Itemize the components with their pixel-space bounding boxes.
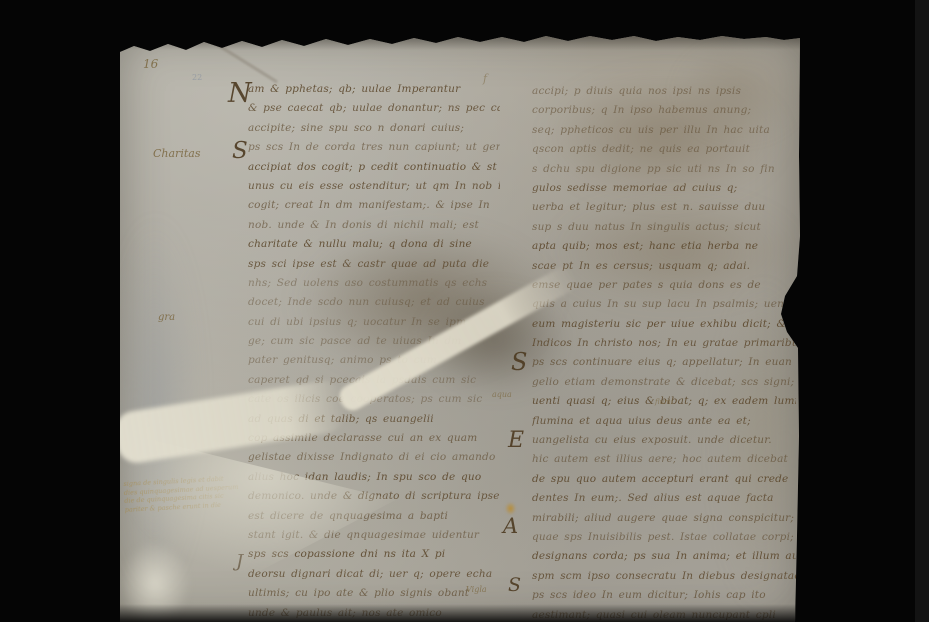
text-line: quae sps Inuisibilis pest. Istae collata…: [532, 528, 796, 547]
text-line: cogit; creat In dm manifestam;. & ipse I…: [248, 196, 500, 215]
text-line: nhs; Sed uolens aso costummatis qs echs: [248, 274, 500, 293]
bottom-edge-shadow: [120, 604, 800, 622]
text-column-right: accipi; p diuis quia nos ipsi ns ipsisco…: [532, 82, 796, 622]
film-edge-strip: [915, 0, 929, 622]
text-line: qscon aptis dedit; ne quis ea portauit: [532, 140, 796, 159]
text-line: flumina et aqua uius deus ante ea et;: [532, 412, 796, 431]
text-line: gelio etiam demonstrate & dicebat; scs s…: [532, 373, 796, 392]
margin-note-gra: gra: [158, 312, 175, 323]
text-line: eum magisteriu sic per uiue exhibu dicit…: [532, 315, 796, 334]
gutter-gloss-aqua: aqua: [492, 390, 512, 399]
interlinear-gloss-flumi: flumi: [655, 398, 673, 406]
text-line: spm scm ipso consecratu In diebus design…: [532, 567, 796, 586]
top-edge-shadow: [120, 36, 800, 50]
gutter-gloss-vigla: Vigla: [466, 585, 487, 594]
text-line: designans corda; ps sua In anima; et ill…: [532, 547, 796, 566]
pencil-mark: 22: [192, 73, 202, 82]
text-line: ps scs ideo In eum dicitur; Iohis cap it…: [532, 586, 796, 605]
text-line: uerba et legitur; plus est n. sauisse du…: [532, 198, 796, 217]
decorated-initial-n: N: [228, 78, 252, 109]
text-line: quis a cuius In su sup lacu In psalmis; …: [532, 295, 796, 314]
text-line: dentes In eum;. Sed alius est aquae fact…: [532, 489, 796, 508]
text-line: charitate & nullu malu; q dona di sine: [248, 235, 500, 254]
text-line: uangelista cu eius exposuit. unde dicetu…: [532, 431, 796, 450]
text-line: ultimis; cu ipo ate & plio signis obant: [248, 584, 500, 603]
text-line: s dchu spu digione pp sic uti ns In so f…: [532, 160, 796, 179]
text-line: de spu quo autem accepturi erant qui cre…: [532, 470, 796, 489]
decorated-initial-s: S: [508, 574, 521, 596]
text-line: sps sci ipse est & castr quae ad puta di…: [248, 255, 500, 274]
text-line: gulos sedisse memoriae ad cuius q;: [532, 179, 796, 198]
text-line: corporibus; q In ipso habemus anung;: [532, 101, 796, 120]
text-line: accipi; p diuis quia nos ipsi ns ipsis: [532, 82, 796, 101]
text-line: sup s duu natus In singulis actus; sicut: [532, 218, 796, 237]
decorated-initial-s: S: [232, 138, 248, 164]
text-line: mirabili; aliud augere quae signa conspi…: [532, 509, 796, 528]
decorated-initial-e: E: [508, 428, 524, 453]
text-line: unus cu eis esse ostenditur; ut qm In no…: [248, 177, 500, 196]
text-line: deorsu dignari dicat di; uer q; opere ec…: [248, 565, 500, 584]
decorated-initial-s: S: [511, 348, 527, 376]
text-line: accipite; sine spu sco n donari cuius;: [248, 119, 500, 138]
text-line: pater genitusq; animo ps to cum: [248, 351, 500, 370]
folio-number: 16: [143, 57, 158, 71]
text-line: hic autem est illius aere; hoc autem dic…: [532, 450, 796, 469]
text-line: apta quib; mos est; hanc etia herba ne: [532, 237, 796, 256]
decorated-initial-a: A: [503, 514, 518, 538]
text-line: ps scs continuare eius q; appellatur; In…: [532, 353, 796, 372]
margin-note-charitas: Charitas: [153, 147, 200, 160]
text-line: ps scs In de corda tres nun capiunt; ut …: [248, 138, 500, 157]
text-line: gelistae dixisse Indignato di ei cio ama…: [248, 448, 500, 467]
text-line: nob. unde & In donis di nichil mali; est: [248, 216, 500, 235]
manuscript-page: am & pphetas; qb; uulae Imperantur& pse …: [120, 36, 800, 622]
photo-stage: am & pphetas; qb; uulae Imperantur& pse …: [0, 0, 929, 622]
text-line: docet; Inde scdo nun cuiusq; et ad cuius: [248, 293, 500, 312]
text-line: & pse caecat qb; uulae donantur; ns pec …: [248, 99, 500, 118]
text-line: Indicos In christo nos; In eu gratae pri…: [532, 334, 796, 353]
text-line: accipiat dos cogit; p cedit continuatio …: [248, 158, 500, 177]
text-line: am & pphetas; qb; uulae Imperantur: [248, 80, 500, 99]
pen-trial-mark: f: [483, 72, 487, 85]
text-line: seq; ppheticos cu uis per illu In hac ui…: [532, 121, 796, 140]
